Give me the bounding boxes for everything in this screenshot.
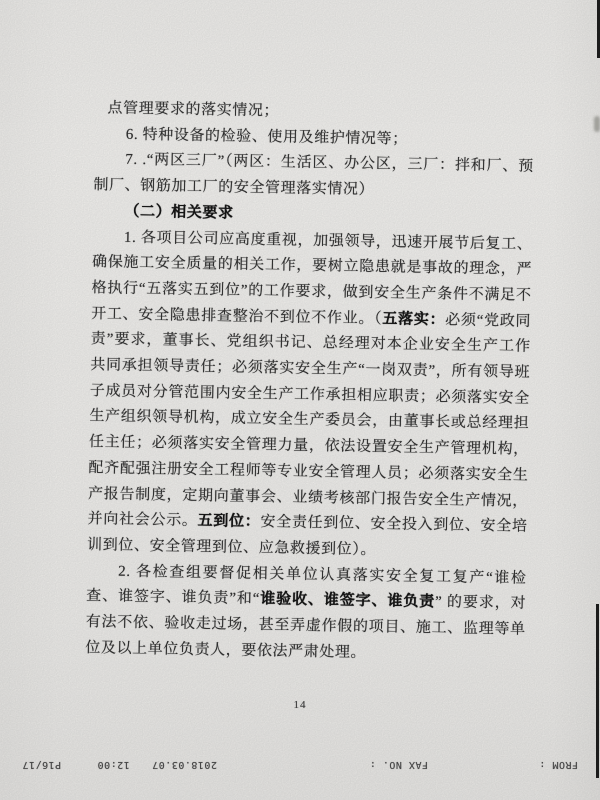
list-item-1: 1. 各项目公司应高度重视，加强领导，迅速开展节后复工、确保施工安全质量的相关工… (87, 225, 533, 567)
list-item-7: 7. .“两区三厂”（两区：生活区、办公区，三厂：拌和厂、预制厂、钢筋加工厂的安… (93, 148, 534, 207)
scan-artifact-bar-bottom-right (596, 604, 599, 778)
page-number: 14 (0, 699, 600, 711)
fax-date: 2018.03.07 (152, 759, 217, 770)
scanned-document-page: 点管理要求的落实情况；6. 特种设备的检验、使用及维护情况等；7. .“两区三厂… (0, 0, 600, 800)
fax-from-label: FROM : (539, 759, 578, 770)
bold-text-segment: 谁验收、谁签字、谁负责 (260, 592, 435, 611)
bold-text-segment: 五落实： (382, 311, 445, 328)
document-text-block: 点管理要求的落实情况；6. 特种设备的检验、使用及维护情况等；7. .“两区三厂… (85, 96, 535, 669)
fax-number-label: FAX NO. : (369, 759, 428, 770)
text-segment: 6. 特种设备的检验、使用及维护情况等； (126, 126, 408, 147)
bold-text-segment: 五到位： (197, 513, 260, 530)
text-segment: 7. .“两区三厂”（两区：生活区、办公区，三厂：拌和厂、预制厂、钢筋加工厂的安… (93, 152, 534, 198)
text-segment: 点管理要求的落实情况； (107, 100, 279, 119)
fax-header-line: FROM : FAX NO. : 2018.03.07 12:00 P16/17 (22, 756, 578, 772)
fax-time: 12:00 (97, 759, 130, 770)
text-segment: 必须“党政同责”要求，董事长、党组织书记、总经理对本企业安全生产工作共同承担领导… (87, 312, 531, 529)
fax-page-indicator: P16/17 (22, 759, 61, 770)
scan-artifact-smudge-right (594, 116, 600, 132)
list-item-2: 2. 各检查组要督促相关单位认真落实安全复工复产“谁检查、谁签字、谁负责”和“谁… (85, 559, 527, 669)
fax-datetime: 2018.03.07 12:00 P16/17 (22, 759, 217, 770)
bold-text-segment: （二）相关要求 (124, 204, 233, 222)
